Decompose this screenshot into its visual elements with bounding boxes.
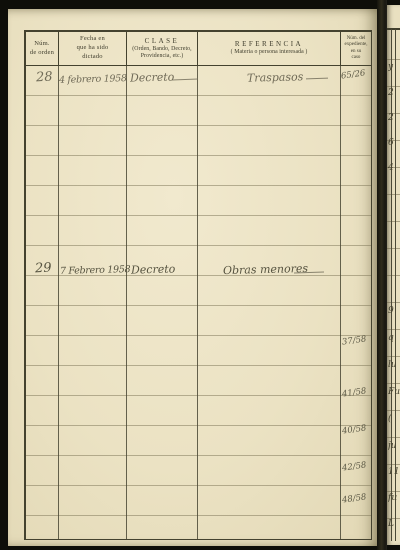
pen-flourish [306,78,328,80]
entry-clase: Decreto [131,262,176,276]
table-top-rule [387,28,400,30]
header-expediente: Núm. del expediente, en su caso [341,32,371,65]
ink-fragment: y [388,61,400,75]
header-fecha: Fecha en que ha sido dictado [59,32,127,65]
column-rule [197,66,198,539]
header-referencia: REFERENCIA ( Materia o persona interesad… [198,32,341,65]
entry-num: 29 [35,261,52,277]
ink-fragment: fu [388,492,400,506]
expediente-number: 37/58 [341,334,367,347]
expediente-number: 41/58 [341,386,367,399]
entry-expediente: 65/26 [340,68,366,81]
expediente-number: 42/58 [341,460,367,473]
ruled-lines [387,33,400,541]
ink-fragment: 9 [388,305,400,319]
header-text: ( Materia o persona interesada ) [231,49,308,56]
ink-fragment: ( [388,413,400,427]
header-num-orden: Núm. de orden [26,32,59,65]
entry-fecha: 7 Febrero 1958 [60,264,131,277]
expediente-number: 48/58 [341,492,367,505]
ink-fragment: 4 [388,162,400,176]
column-rule [391,29,392,541]
column-rule [126,66,127,539]
header-text: caso [352,55,361,62]
ink-fragment: L [388,518,400,532]
ink-fragment: 6 [388,137,400,151]
pen-flourish [172,79,198,81]
entry-referencia: Traspasos [247,70,304,84]
column-rule [340,66,341,539]
header-text: dictado [82,53,103,62]
ink-fragment: q [388,332,400,346]
entry-referencia: Obras menores [223,262,308,277]
column-rule [58,66,59,539]
header-text: (Orden, Bando, Decreto, [132,46,191,53]
registry-table: Núm. de orden Fecha en que ha sido dicta… [24,30,372,540]
header-text: Providencia, etc.) [141,53,184,60]
table-header-row: Núm. de orden Fecha en que ha sido dicta… [26,32,371,66]
ink-fragment: Fu [388,386,400,400]
entry-clase: Decreto [130,70,175,84]
expediente-number: 40/58 [341,423,367,436]
header-text: de orden [30,49,54,58]
header-text: CLASE [145,37,180,46]
ink-fragment: lu [388,359,400,373]
ink-fragment: 2 [388,112,400,126]
scanned-ledger-page: Núm. de orden Fecha en que ha sido dicta… [0,0,400,550]
entry-fecha: 4 febrero 1958 [59,73,127,86]
header-text: Núm. [34,40,49,49]
pen-flourish [294,271,324,273]
entry-num: 28 [36,70,53,86]
facing-page-edge: y 2 2 6 4 9 q lu Fu ( ju 11 fu L [387,5,400,545]
table-body: 28 4 febrero 1958 Decreto Traspasos 65/2… [26,66,371,539]
column-rule [395,29,396,541]
ledger-left-page: Núm. de orden Fecha en que ha sido dicta… [8,9,377,546]
header-clase: CLASE (Orden, Bando, Decreto, Providenci… [127,32,198,65]
ink-fragment: 2 [388,87,400,101]
header-text: que ha sido [77,44,109,53]
ink-fragment: 11 [388,466,400,480]
binding-gutter [377,0,387,550]
header-text: Fecha en [80,35,105,44]
ink-fragment: ju [388,440,400,454]
